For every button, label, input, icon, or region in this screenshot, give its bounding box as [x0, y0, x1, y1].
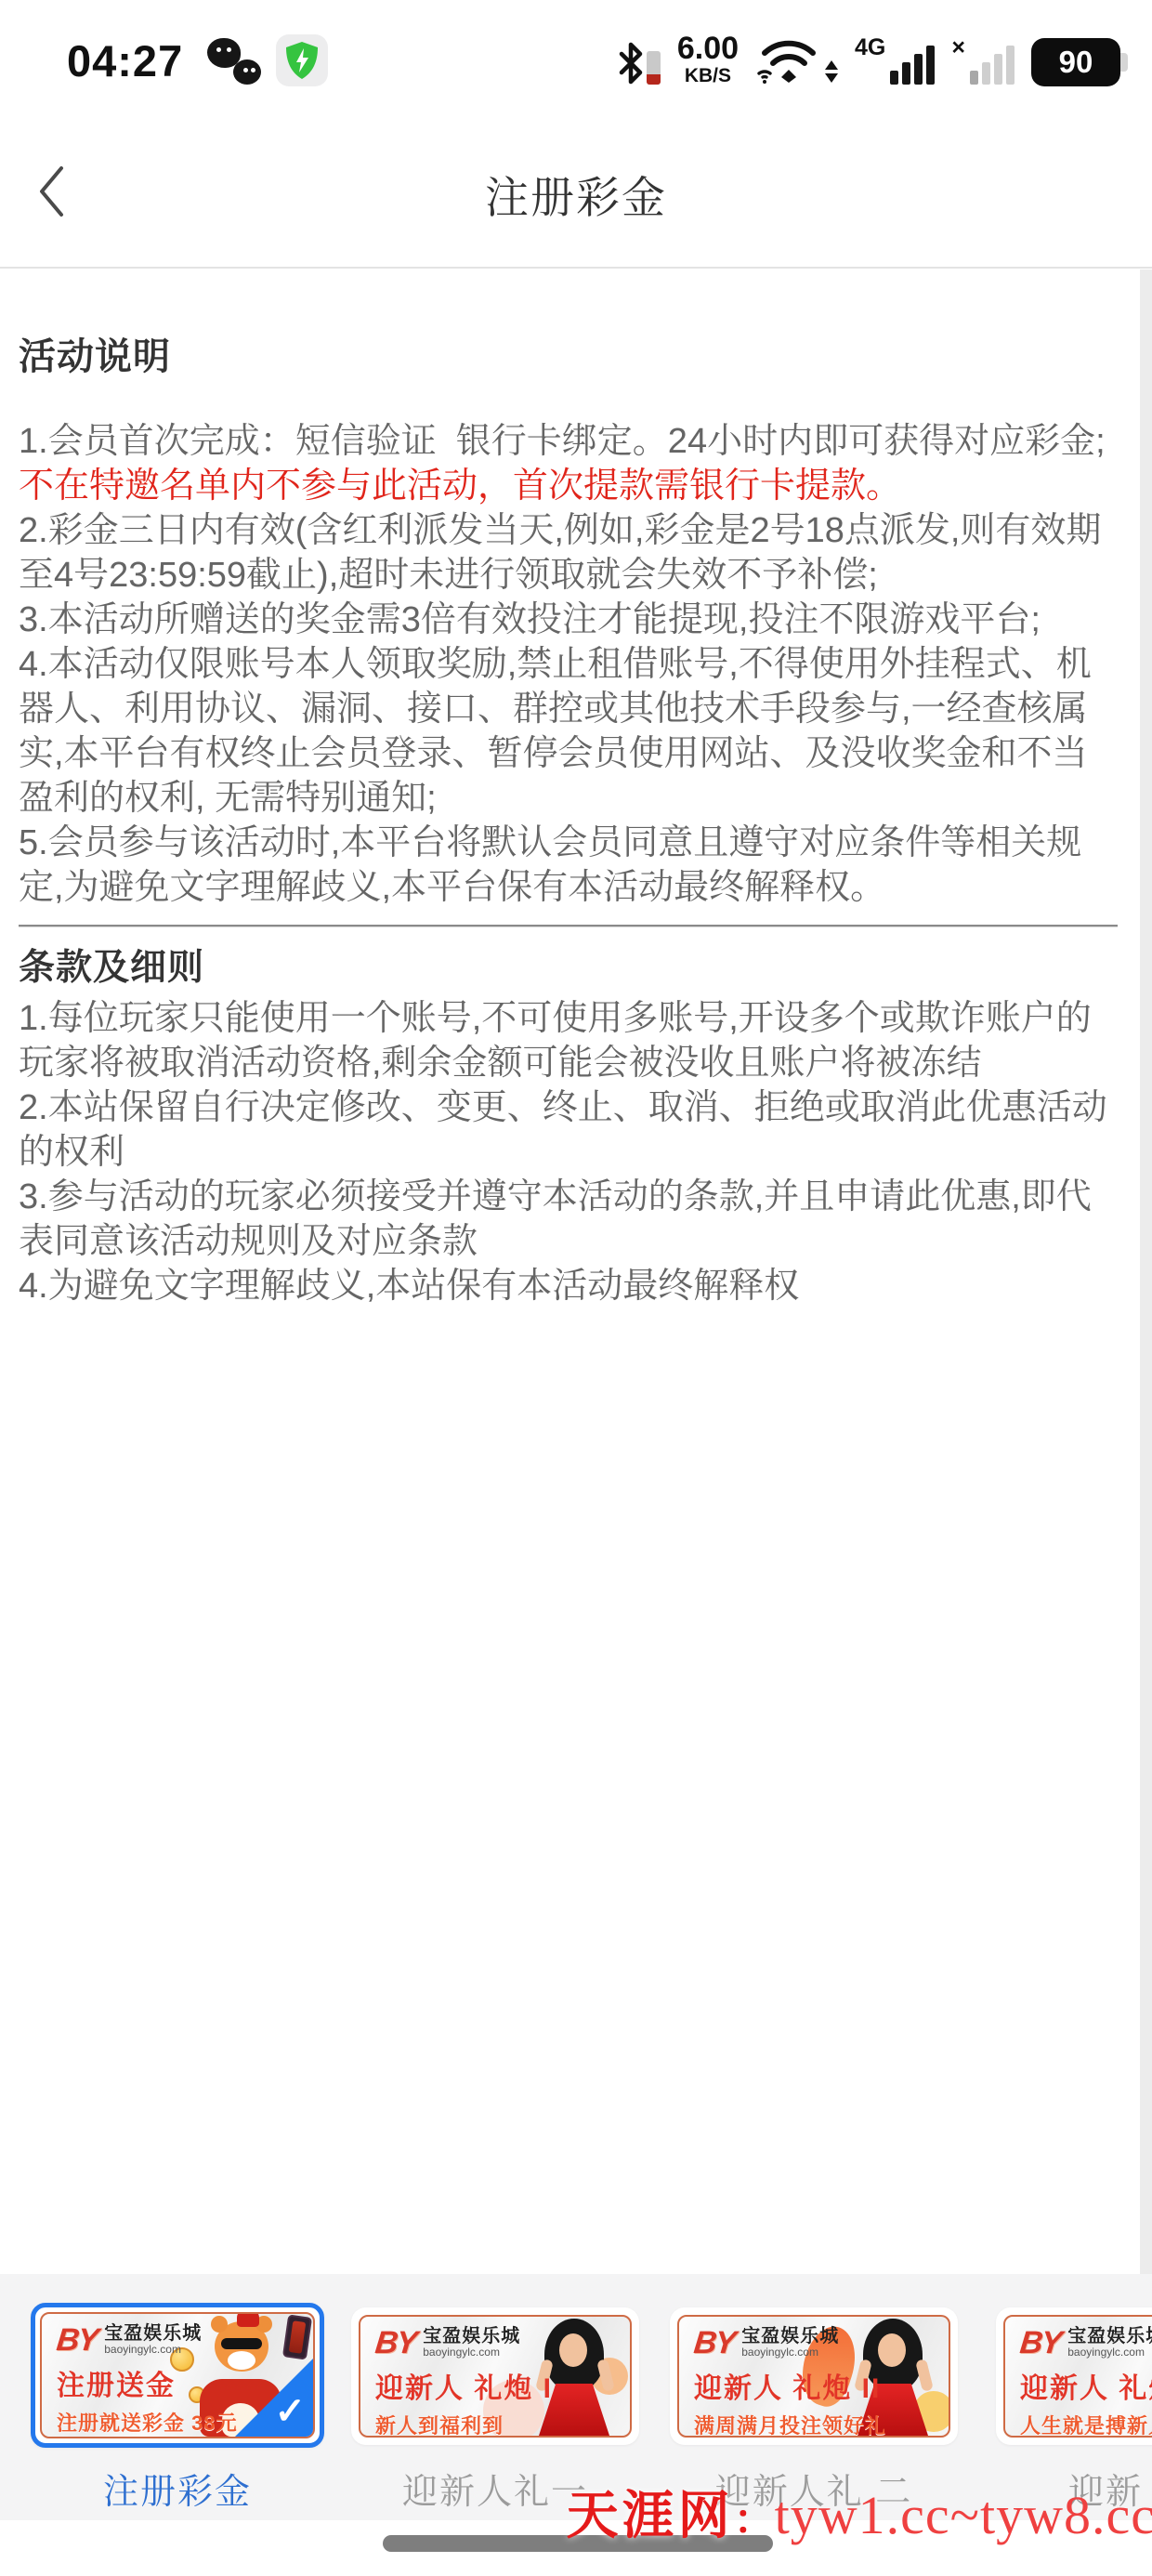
banner-subtitle: 新人到福利到: [375, 2411, 630, 2438]
terms-rule-4: 4.为避免文字理解歧义,本站保有本活动最终解释权: [19, 1264, 1118, 1308]
network-type-label: 4G: [855, 34, 885, 61]
no-sim-label: ×: [951, 34, 965, 61]
banner-title: 迎新人 礼炮 II: [1020, 2365, 1152, 2406]
brand-logo: BY: [692, 2327, 736, 2359]
promo-card-register-bonus[interactable]: BY 宝盈娱乐城 baoyingylc.com 注册送金 注册就送彩金 38元 …: [31, 2303, 324, 2448]
activity-rule-5: 5.会员参与该活动时,本平台将默认会员同意且遵守对应条件等相关规定,为避免文字理…: [19, 821, 1118, 910]
promo-banner-newcomer-2: BY 宝盈娱乐城 baoyingylc.com 迎新人 礼炮 II 满周满月投注…: [677, 2315, 950, 2438]
brand-name: 宝盈娱乐城: [1067, 2326, 1152, 2346]
network-speed: 6.00 KB/S: [677, 33, 739, 88]
tab-register-bonus[interactable]: 注册彩金: [31, 2463, 324, 2514]
app-screen: 04:27: [0, 0, 1152, 2576]
check-icon: ✓: [274, 2390, 306, 2433]
banner-subtitle: 满周满月投注领好礼: [694, 2411, 949, 2438]
brand-domain: baoyingylc.com: [741, 2346, 839, 2359]
cellular-signal-sim2: ×: [951, 46, 1015, 88]
banner-title: 迎新人 礼炮 I: [375, 2365, 630, 2406]
section-divider: [19, 925, 1118, 927]
activity-rule-4: 4.本活动仅限账号本人领取奖励,禁止租借账号,不得使用外挂程式、机器人、利用协议…: [19, 642, 1118, 821]
bluetooth-icon: [619, 42, 643, 85]
watermark-site-name: 天涯网: [567, 2486, 734, 2544]
activity-rule-3: 3.本活动所赠送的奖金需3倍有效投注才能提现,投注不限游戏平台;: [19, 598, 1118, 642]
promo-card-newcomer-1[interactable]: BY 宝盈娱乐城 baoyingylc.com 迎新人 礼炮 I 新人到福利到 …: [351, 2307, 639, 2445]
page-title: 注册彩金: [485, 164, 667, 226]
promo-banner-register: BY 宝盈娱乐城 baoyingylc.com 注册送金 注册就送彩金 38元 …: [40, 2312, 315, 2438]
brand-domain: baoyingylc.com: [1067, 2346, 1152, 2359]
activity-description-panel: 活动说明 1.会员首次完成：短信验证 银行卡绑定。24小时内即可获得对应彩金;不…: [0, 268, 1140, 1308]
brand-domain: baoyingylc.com: [104, 2344, 202, 2356]
cellular-signal-sim1: 4G: [855, 46, 935, 88]
promo-card-newcomer-3[interactable]: BY 宝盈娱乐城 baoyingylc.com 迎新人 礼炮 II 人生就是搏新…: [996, 2307, 1152, 2445]
brand-logo: BY: [55, 2324, 98, 2356]
brand-name: 宝盈娱乐城: [104, 2323, 202, 2344]
watermark: 天涯网：tyw1.cc~tyw8.cc: [567, 2489, 1152, 2543]
wechat-icon: [207, 36, 261, 85]
brand-logo: BY: [1018, 2327, 1062, 2359]
signal-bars-empty-icon: [970, 46, 1015, 85]
back-button[interactable]: [35, 162, 76, 221]
bluetooth-group: [619, 42, 661, 88]
terms-rule-2: 2.本站保留自行决定修改、变更、终止、取消、拒绝或取消此优惠活动的权利: [19, 1085, 1118, 1175]
terms-rule-3: 3.参与活动的玩家必须接受并遵守本活动的条款,并且申请此优惠,即代表同意该活动规…: [19, 1175, 1118, 1264]
watermark-urls: tyw1.cc~tyw8.cc: [775, 2485, 1152, 2545]
activity-heading: 活动说明: [19, 327, 1118, 380]
promo-banner-newcomer-3: BY 宝盈娱乐城 baoyingylc.com 迎新人 礼炮 II 人生就是搏新…: [1003, 2315, 1152, 2438]
activity-rule-1: 1.会员首次完成：短信验证 银行卡绑定。24小时内即可获得对应彩金;不在特邀名单…: [19, 419, 1118, 508]
battery-icon: 90: [1031, 38, 1120, 86]
signal-bars-icon: [890, 46, 935, 85]
activity-rule-2: 2.彩金三日内有效(含红利派发当天,例如,彩金是2号18点派发,则有效期至4号2…: [19, 508, 1118, 598]
notification-icons: [207, 34, 328, 86]
promo-banner-newcomer-1: BY 宝盈娱乐城 baoyingylc.com 迎新人 礼炮 I 新人到福利到 …: [359, 2315, 632, 2438]
nav-header: 注册彩金: [0, 121, 1152, 268]
brand-domain: baoyingylc.com: [423, 2346, 520, 2359]
brand-name: 宝盈娱乐城: [423, 2326, 520, 2346]
promo-card-newcomer-2[interactable]: BY 宝盈娱乐城 baoyingylc.com 迎新人 礼炮 II 满周满月投注…: [670, 2307, 958, 2445]
wifi-group: [755, 33, 838, 88]
security-shield-icon: [276, 34, 328, 86]
bluetooth-battery-icon: [647, 51, 661, 85]
terms-heading: 条款及细则: [19, 939, 1118, 991]
back-chevron-icon: [35, 164, 67, 218]
battery-level: 90: [1059, 45, 1093, 80]
terms-rule-1: 1.每位玩家只能使用一个账号,不可使用多账号,开设多个或欺诈账户的玩家将被取消活…: [19, 996, 1118, 1085]
scrollbar-track: [1140, 269, 1152, 2274]
promo-carousel: BY 宝盈娱乐城 baoyingylc.com 注册送金 注册就送彩金 38元 …: [0, 2274, 1152, 2520]
traffic-arrows-icon: [825, 60, 838, 85]
clock: 04:27: [67, 35, 183, 86]
brand-name: 宝盈娱乐城: [741, 2326, 839, 2346]
brand-logo: BY: [373, 2327, 417, 2359]
banner-title: 迎新人 礼炮 II: [694, 2365, 949, 2406]
activity-rule-1-warning: 不在特邀名单内不参与此活动，首次提款需银行卡提款。: [19, 467, 901, 506]
banner-subtitle: 人生就是搏新人驾到: [1020, 2411, 1152, 2438]
wifi-icon: [755, 33, 822, 85]
status-bar: 04:27: [0, 0, 1152, 121]
system-status-icons: 6.00 KB/S 4G: [619, 33, 1120, 88]
